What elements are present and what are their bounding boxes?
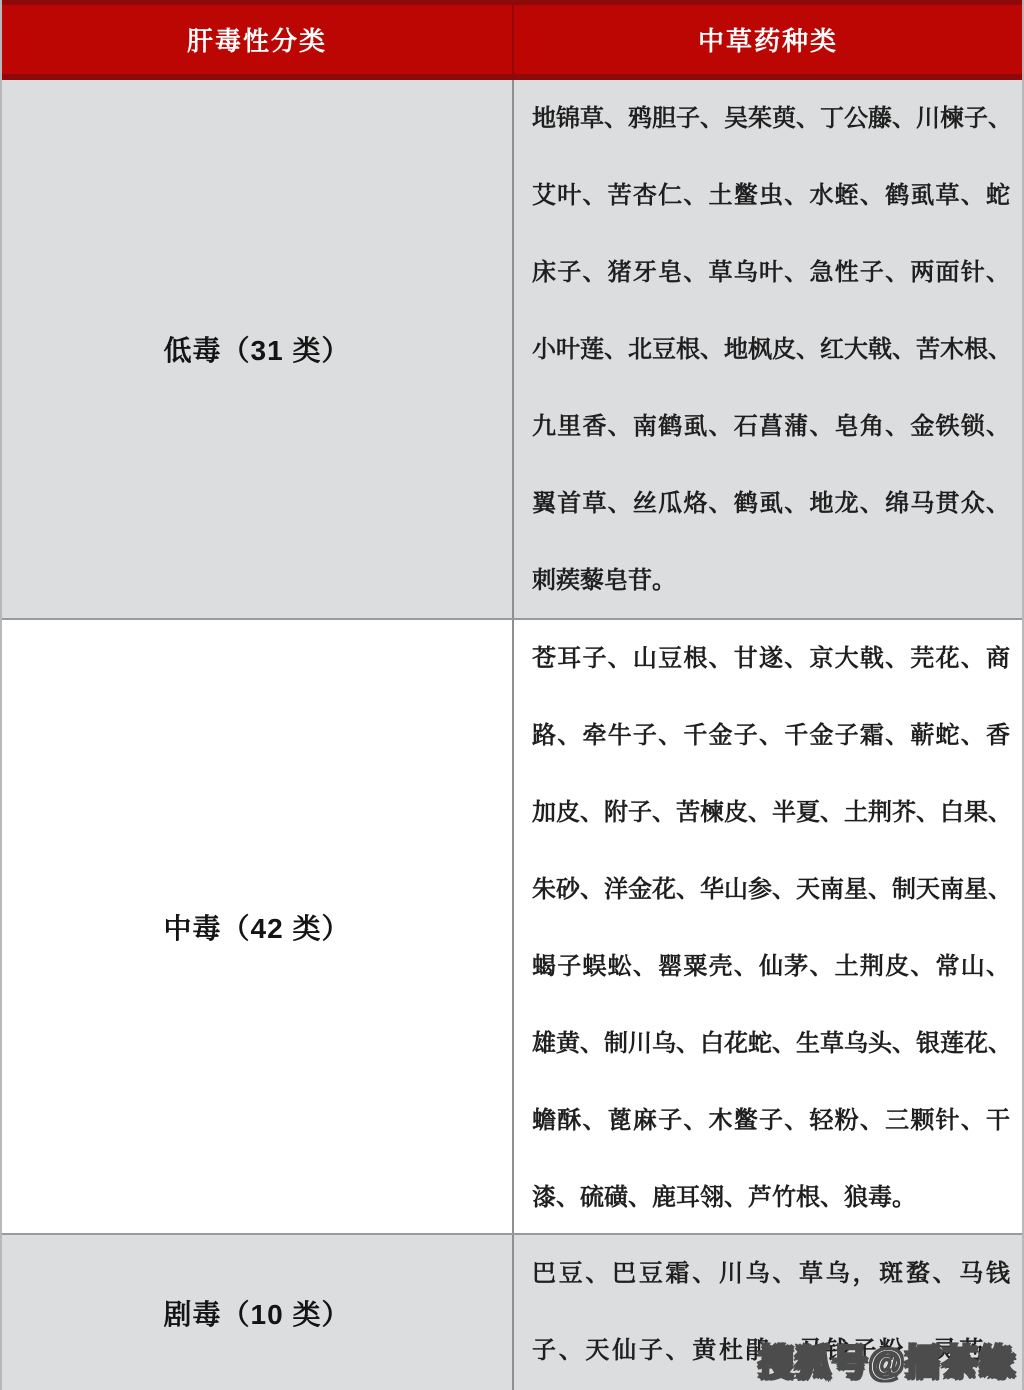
herb-line: 苍耳子、山豆根、甘遂、京大戟、芫花、商 bbox=[532, 620, 1010, 697]
category-cell: 剧毒（10 类） bbox=[2, 1235, 514, 1390]
herb-line: 艾叶、苦杏仁、土鳖虫、水蛭、鹤虱草、蛇 bbox=[532, 157, 1010, 234]
herb-line: 朱砂、洋金花、华山参、天南星、制天南星、 bbox=[532, 851, 1010, 928]
table-row-low-toxicity: 低毒（31 类） 地锦草、鸦胆子、吴茱萸、丁公藤、川楝子、 艾叶、苦杏仁、土鳖虫… bbox=[2, 80, 1022, 618]
header-cell-herb-types: 中草药种类 bbox=[512, 5, 1022, 74]
herb-line: 雄黄、制川乌、白花蛇、生草乌头、银莲花、 bbox=[532, 1005, 1010, 1082]
herb-line: 地锦草、鸦胆子、吴茱萸、丁公藤、川楝子、 bbox=[532, 80, 1010, 157]
category-label-low: 低毒（31 类） bbox=[164, 329, 351, 369]
herb-line: 路、牵牛子、千金子、千金子霜、蕲蛇、香 bbox=[532, 697, 1010, 774]
herb-line: 加皮、附子、苦楝皮、半夏、土荆芥、白果、 bbox=[532, 774, 1010, 851]
herb-line: 九里香、南鹤虱、石菖蒲、皂角、金铁锁、 bbox=[532, 388, 1010, 465]
header-cell-toxicity-class: 肝毒性分类 bbox=[2, 5, 512, 74]
category-cell: 低毒（31 类） bbox=[2, 80, 514, 618]
table-row-medium-toxicity: 中毒（42 类） 苍耳子、山豆根、甘遂、京大戟、芫花、商 路、牵牛子、千金子、千… bbox=[2, 618, 1022, 1233]
herb-line: 床子、猪牙皂、草乌叶、急性子、两面针、 bbox=[532, 234, 1010, 311]
herb-line: 小叶莲、北豆根、地枫皮、红大戟、苦木根、 bbox=[532, 311, 1010, 388]
herb-line: 刺蒺藜皂苷。 bbox=[532, 542, 1010, 618]
herb-line: 蝎子蜈蚣、罂粟壳、仙茅、土荆皮、常山、 bbox=[532, 928, 1010, 1005]
category-label-high: 剧毒（10 类） bbox=[164, 1293, 351, 1333]
herb-line: 漆、硫磺、鹿耳翎、芦竹根、狼毒。 bbox=[532, 1159, 1010, 1233]
herb-list-cell: 苍耳子、山豆根、甘遂、京大戟、芫花、商 路、牵牛子、千金子、千金子霜、蕲蛇、香 … bbox=[514, 620, 1022, 1233]
sohu-watermark: 搜狐号@擂茶缘 bbox=[758, 1335, 1016, 1386]
herb-list-cell: 地锦草、鸦胆子、吴茱萸、丁公藤、川楝子、 艾叶、苦杏仁、土鳖虫、水蛭、鹤虱草、蛇… bbox=[514, 80, 1022, 618]
table-header-row: 肝毒性分类 中草药种类 bbox=[2, 0, 1022, 80]
herb-toxicity-table: 肝毒性分类 中草药种类 低毒（31 类） 地锦草、鸦胆子、吴茱萸、丁公藤、川楝子… bbox=[0, 0, 1024, 1390]
category-cell: 中毒（42 类） bbox=[2, 620, 514, 1233]
herb-line: 蟾酥、蓖麻子、木鳖子、轻粉、三颗针、干 bbox=[532, 1082, 1010, 1159]
herb-line: 翼首草、丝瓜烙、鹤虱、地龙、绵马贯众、 bbox=[532, 465, 1010, 542]
category-label-medium: 中毒（42 类） bbox=[164, 907, 351, 947]
herb-line: 巴豆、巴豆霜、川乌、草乌，斑蝥、马钱 bbox=[532, 1235, 1010, 1312]
